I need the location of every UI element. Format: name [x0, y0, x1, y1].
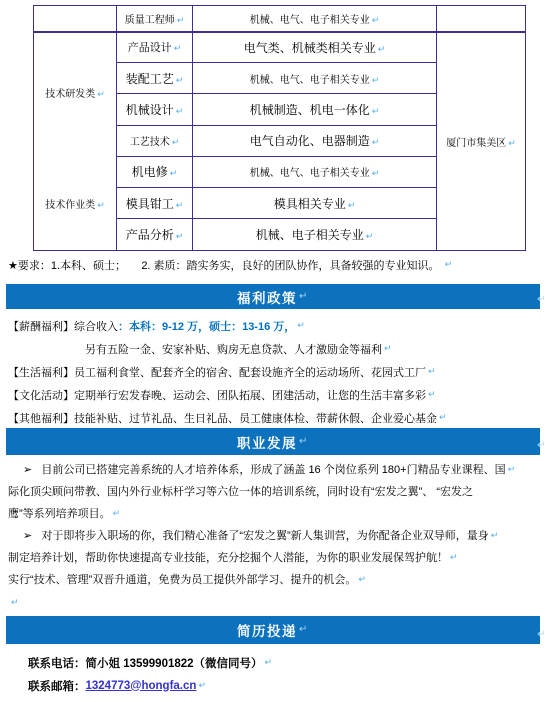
pilcrow-mark: ↵ — [537, 441, 545, 451]
pilcrow-mark: ↵ — [450, 553, 458, 562]
recruitment-document-page: 质量工程师↵ 机械、电气、电子相关专业↵ 技术研发类↵ 技术作业类↵ 产品设计↵… — [0, 0, 545, 702]
pilcrow-mark: ↵ — [176, 106, 184, 116]
pilcrow-mark: ↵ — [366, 231, 374, 241]
welfare-culture-line: 【文化活动】定期举行宏发春晚、运动会、团队拓展、团建活动，让您的生活丰富多彩↵ — [8, 383, 542, 406]
majors-label: 电气自动化、电器制造 — [250, 134, 370, 148]
category-label-rd: 技术研发类↵ — [45, 85, 105, 100]
majors-cell: 机械、电气、电子相关专业↵ — [193, 6, 437, 32]
career-text: ➢ 目前公司已搭建完善系统的人才培养体系，形成了涵盖 16 个岗位系列 180+… — [23, 461, 506, 477]
position-label: 质量工程师 — [125, 15, 175, 26]
contact-email-label: 联系邮箱： — [28, 678, 86, 694]
contact-phone-text: 联系电话：简小姐 13599901822（微信同号） — [28, 655, 263, 671]
position-label: 装配工艺 — [126, 72, 174, 86]
table-row: 质量工程师↵ 机械、电气、电子相关专业↵ — [34, 6, 526, 32]
section-title: 职业发展 — [237, 432, 297, 452]
majors-cell: 机械、电气、电子相关专业↵ — [193, 63, 437, 94]
pilcrow-mark: ↵ — [113, 509, 121, 518]
position-cell: 产品分析↵ — [117, 219, 193, 250]
position-label: 产品设计 — [128, 42, 172, 54]
majors-cell: 电气自动化、电器制造↵ — [193, 125, 437, 156]
contact-phone: 联系电话：简小姐 13599901822（微信同号）↵ — [28, 651, 272, 674]
career-text: 制定培养计划，帮助你快速提高专业技能，充分挖掘个人潜能，为你的职业发展保驾护航！ — [8, 549, 448, 565]
location-cell-empty — [437, 6, 526, 32]
welfare-other-text: 【其他福利】技能补贴、过节礼品、生日礼品、员工健康体检、带薪休假、企业爱心基金 — [8, 410, 437, 426]
pilcrow-mark: ↵ — [384, 344, 392, 353]
position-cell: 质量工程师↵ — [117, 6, 193, 32]
pilcrow-mark: ↵ — [198, 681, 206, 690]
welfare-salary-extra-line: 另有五险一金、安家补贴、购房无息贷款、人才激励金等福利↵ — [8, 337, 542, 360]
position-cell: 机械设计↵ — [117, 94, 193, 125]
category-cell: 技术研发类↵ 技术作业类↵ — [34, 32, 117, 251]
pilcrow-mark: ↵ — [172, 137, 180, 147]
pilcrow-mark: ↵ — [177, 15, 185, 25]
contact-section: 联系电话：简小姐 13599901822（微信同号）↵ 联系邮箱：1324773… — [28, 651, 272, 697]
career-text: ➢ 对于即将步入职场的你，我们精心准备了“宏发之翼”新人集训营，为你配备企业双导… — [23, 527, 489, 543]
position-label: 产品分析 — [126, 228, 174, 242]
position-label: 机电修 — [132, 165, 168, 179]
majors-cell: 电气类、机械类相关专业↵ — [193, 32, 437, 63]
pilcrow-mark: ↵ — [537, 630, 545, 640]
position-cell: 产品设计↵ — [117, 32, 193, 63]
section-title: 福利政策 — [237, 287, 297, 307]
welfare-life-line: 【生活福利】员工福利食堂、配套齐全的宿舍、配套设施齐全的运动场所、花园式工厂↵ — [8, 360, 542, 383]
contact-email: 联系邮箱：1324773@hongfa.cn↵ — [28, 674, 272, 697]
pilcrow-mark: ↵ — [378, 44, 386, 54]
category-cell-empty — [34, 6, 117, 32]
career-paragraph-line: 鹰”等系列培养项目。↵ — [8, 502, 544, 524]
career-text: 实行“技术、管理”双晋升通道，免费为员工提供外部学习、提升的机会。 — [8, 571, 356, 587]
requirement-text: ★要求：1.本科、硕士； 2. 素质：踏实务实，良好的团队协作，具备较强的专业知… — [8, 257, 443, 273]
category-label-ops: 技术作业类↵ — [45, 196, 105, 211]
location-label: 厦门市集美区 — [446, 138, 506, 149]
section-banner-career: 职业发展↵ ↵ — [6, 428, 540, 455]
pilcrow-mark: ↵ — [297, 321, 305, 330]
pilcrow-mark: ↵ — [348, 200, 356, 210]
pilcrow-mark: ↵ — [176, 231, 184, 241]
position-label: 模具钳工 — [126, 197, 174, 211]
requirement-note: ★要求：1.本科、硕士； 2. 素质：踏实务实，良好的团队协作，具备较强的专业知… — [8, 256, 540, 273]
pilcrow-mark: ↵ — [299, 292, 309, 302]
section-title: 简历投递 — [237, 620, 297, 640]
position-cell: 模具钳工↵ — [117, 188, 193, 219]
positions-table: 质量工程师↵ 机械、电气、电子相关专业↵ 技术研发类↵ 技术作业类↵ 产品设计↵… — [33, 5, 526, 251]
pilcrow-mark: ↵ — [428, 367, 436, 376]
pilcrow-mark: ↵ — [176, 200, 184, 210]
pilcrow-mark: ↵ — [176, 75, 184, 85]
pilcrow-mark: ↵ — [11, 598, 19, 607]
majors-label: 机械、电气、电子相关专业 — [250, 168, 370, 179]
career-paragraph-line: 际化顶尖顾问带教、国内外行业标杆学习等六位一体的培训系统，同时设有“宏发之翼”、… — [8, 480, 544, 502]
pilcrow-mark: ↵ — [170, 168, 178, 178]
welfare-salary-line: 【薪酬福利】综合收入：本科：9-12 万，硕士：13-16 万，↵ — [8, 314, 542, 337]
career-paragraph-line: 制定培养计划，帮助你快速提高专业技能，充分挖掘个人潜能，为你的职业发展保驾护航！… — [8, 546, 544, 568]
category-group: 技术研发类↵ 技术作业类↵ — [34, 33, 116, 250]
welfare-salary-label: 【薪酬福利】综合收入 — [8, 318, 118, 334]
position-cell: 装配工艺↵ — [117, 63, 193, 94]
welfare-life-text: 【生活福利】员工福利食堂、配套齐全的宿舍、配套设施齐全的运动场所、花园式工厂 — [8, 364, 426, 380]
position-cell: 工艺技术↵ — [117, 125, 193, 156]
career-text: 鹰”等系列培养项目。 — [8, 505, 111, 521]
pilcrow-mark: ↵ — [97, 89, 105, 99]
welfare-salary-value: ：本科：9-12 万，硕士：13-16 万， — [118, 318, 295, 334]
majors-cell: 机械、电气、电子相关专业↵ — [193, 156, 437, 187]
pilcrow-mark: ↵ — [372, 168, 380, 178]
career-paragraph-line: ➢ 目前公司已搭建完善系统的人才培养体系，形成了涵盖 16 个岗位系列 180+… — [8, 458, 544, 480]
majors-cell: 机械、电子相关专业↵ — [193, 219, 437, 250]
section-banner-resume: 简历投递↵ ↵ — [6, 616, 540, 644]
career-text: 际化顶尖顾问带教、国内外行业标杆学习等六位一体的培训系统，同时设有“宏发之翼”、… — [8, 483, 473, 499]
table-row: 技术研发类↵ 技术作业类↵ 产品设计↵ 电气类、机械类相关专业↵ 厦门市集美区↵ — [34, 32, 526, 63]
pilcrow-mark: ↵ — [372, 137, 380, 147]
welfare-section: 【薪酬福利】综合收入：本科：9-12 万，硕士：13-16 万，↵ 另有五险一金… — [8, 314, 542, 429]
majors-label: 电气类、机械类相关专业 — [244, 41, 376, 55]
welfare-salary-extra: 另有五险一金、安家补贴、购房无息贷款、人才激励金等福利 — [85, 341, 382, 357]
pilcrow-mark: ↵ — [174, 43, 182, 53]
section-banner-welfare: 福利政策↵ ↵ — [6, 284, 540, 309]
majors-cell: 模具相关专业↵ — [193, 188, 437, 219]
pilcrow-mark: ↵ — [299, 625, 309, 635]
pilcrow-mark: ↵ — [372, 15, 380, 25]
career-paragraph-line: ➢ 对于即将步入职场的你，我们精心准备了“宏发之翼”新人集训营，为你配备企业双导… — [8, 524, 544, 546]
location-cell: 厦门市集美区↵ — [437, 32, 526, 251]
pilcrow-mark: ↵ — [299, 437, 309, 447]
majors-label: 机械制造、机电一体化 — [250, 103, 370, 117]
pilcrow-mark: ↵ — [537, 295, 545, 305]
welfare-other-line: 【其他福利】技能补贴、过节礼品、生日礼品、员工健康体检、带薪休假、企业爱心基金↵ — [8, 406, 542, 429]
position-label: 机械设计 — [126, 103, 174, 117]
pilcrow-mark: ↵ — [265, 658, 273, 667]
career-section: ➢ 目前公司已搭建完善系统的人才培养体系，形成了涵盖 16 个岗位系列 180+… — [8, 458, 544, 590]
majors-cell: 机械制造、机电一体化↵ — [193, 94, 437, 125]
pilcrow-mark: ↵ — [428, 390, 436, 399]
majors-label: 机械、电气、电子相关专业 — [250, 15, 370, 26]
pilcrow-mark: ↵ — [372, 106, 380, 116]
majors-label: 模具相关专业 — [274, 197, 346, 211]
position-cell: 机电修↵ — [117, 156, 193, 187]
pilcrow-mark: ↵ — [491, 531, 499, 540]
welfare-culture-text: 【文化活动】定期举行宏发春晚、运动会、团队拓展、团建活动，让您的生活丰富多彩 — [8, 387, 426, 403]
pilcrow-mark: ↵ — [445, 260, 453, 269]
pilcrow-mark: ↵ — [508, 465, 516, 474]
career-paragraph-line: 实行“技术、管理”双晋升通道，免费为员工提供外部学习、提升的机会。↵ — [8, 568, 544, 590]
majors-label: 机械、电子相关专业 — [256, 228, 364, 242]
pilcrow-mark: ↵ — [439, 413, 447, 422]
position-label: 工艺技术 — [130, 137, 170, 148]
majors-label: 机械、电气、电子相关专业 — [250, 75, 370, 86]
pilcrow-mark: ↵ — [97, 200, 105, 210]
pilcrow-mark: ↵ — [358, 575, 366, 584]
pilcrow-mark: ↵ — [372, 75, 380, 85]
pilcrow-mark: ↵ — [508, 138, 516, 148]
email-link[interactable]: 1324773@hongfa.cn — [86, 680, 197, 692]
